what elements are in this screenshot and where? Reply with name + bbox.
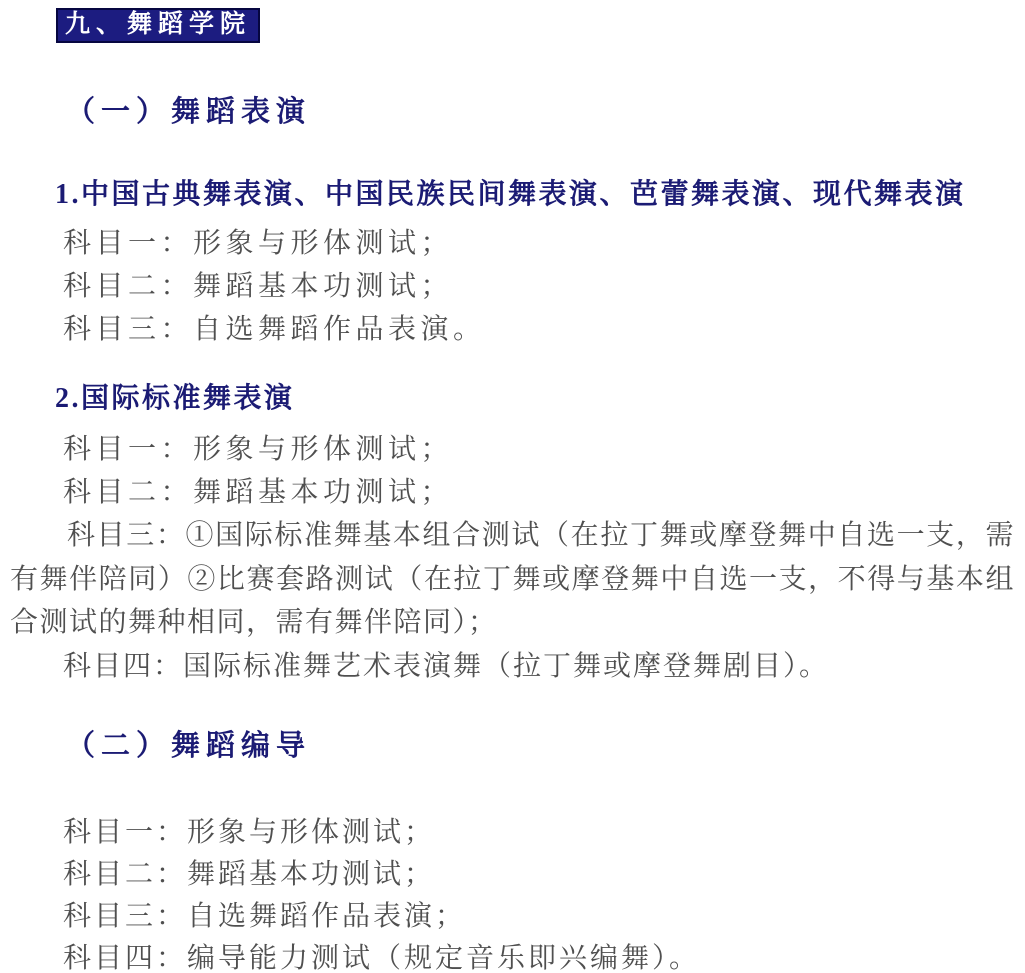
subject-list-2: 科目一：形象与形体测试； 科目二：舞蹈基本功测试； 科目三：自选舞蹈作品表演； … (10, 812, 1015, 973)
subsection-1-2-heading: 2.国际标准舞表演 (55, 383, 1015, 415)
subject-line-paragraph: 科目三：①国际标准舞基本组合测试（在拉丁舞或摩登舞中自选一支，需有舞伴陪同）②比… (10, 514, 1015, 645)
subject-line: 科目一：形象与形体测试； (63, 812, 1015, 854)
subject-line: 科目一：形象与形体测试； (63, 222, 1015, 265)
subject-line: 科目四：编导能力测试（规定音乐即兴编舞）。 (63, 938, 1015, 973)
subject-line: 科目二：舞蹈基本功测试； (63, 854, 1015, 896)
subject-line: 科目三：自选舞蹈作品表演。 (63, 308, 1015, 351)
subject-line: 科目三：自选舞蹈作品表演； (63, 896, 1015, 938)
section-2-heading: （二）舞蹈编导 (66, 730, 1015, 762)
subject-list-1-2: 科目一：形象与形体测试； 科目二：舞蹈基本功测试； 科目三：①国际标准舞基本组合… (10, 428, 1015, 688)
subject-line: 科目二：舞蹈基本功测试； (63, 265, 1015, 308)
page-title: 九、舞蹈学院 (56, 8, 260, 43)
subject-list-1-1: 科目一：形象与形体测试； 科目二：舞蹈基本功测试； 科目三：自选舞蹈作品表演。 (10, 222, 1015, 351)
subject-line: 科目四：国际标准舞艺术表演舞（拉丁舞或摩登舞剧目）。 (63, 645, 1015, 688)
subject-line: 科目二：舞蹈基本功测试； (63, 471, 1015, 514)
document-page: 九、舞蹈学院 （一）舞蹈表演 1.中国古典舞表演、中国民族民间舞表演、芭蕾舞表演… (0, 0, 1025, 973)
section-1-heading: （一）舞蹈表演 (66, 96, 1015, 128)
subject-line: 科目一：形象与形体测试； (63, 428, 1015, 471)
subsection-1-1-heading: 1.中国古典舞表演、中国民族民间舞表演、芭蕾舞表演、现代舞表演 (55, 179, 1015, 211)
